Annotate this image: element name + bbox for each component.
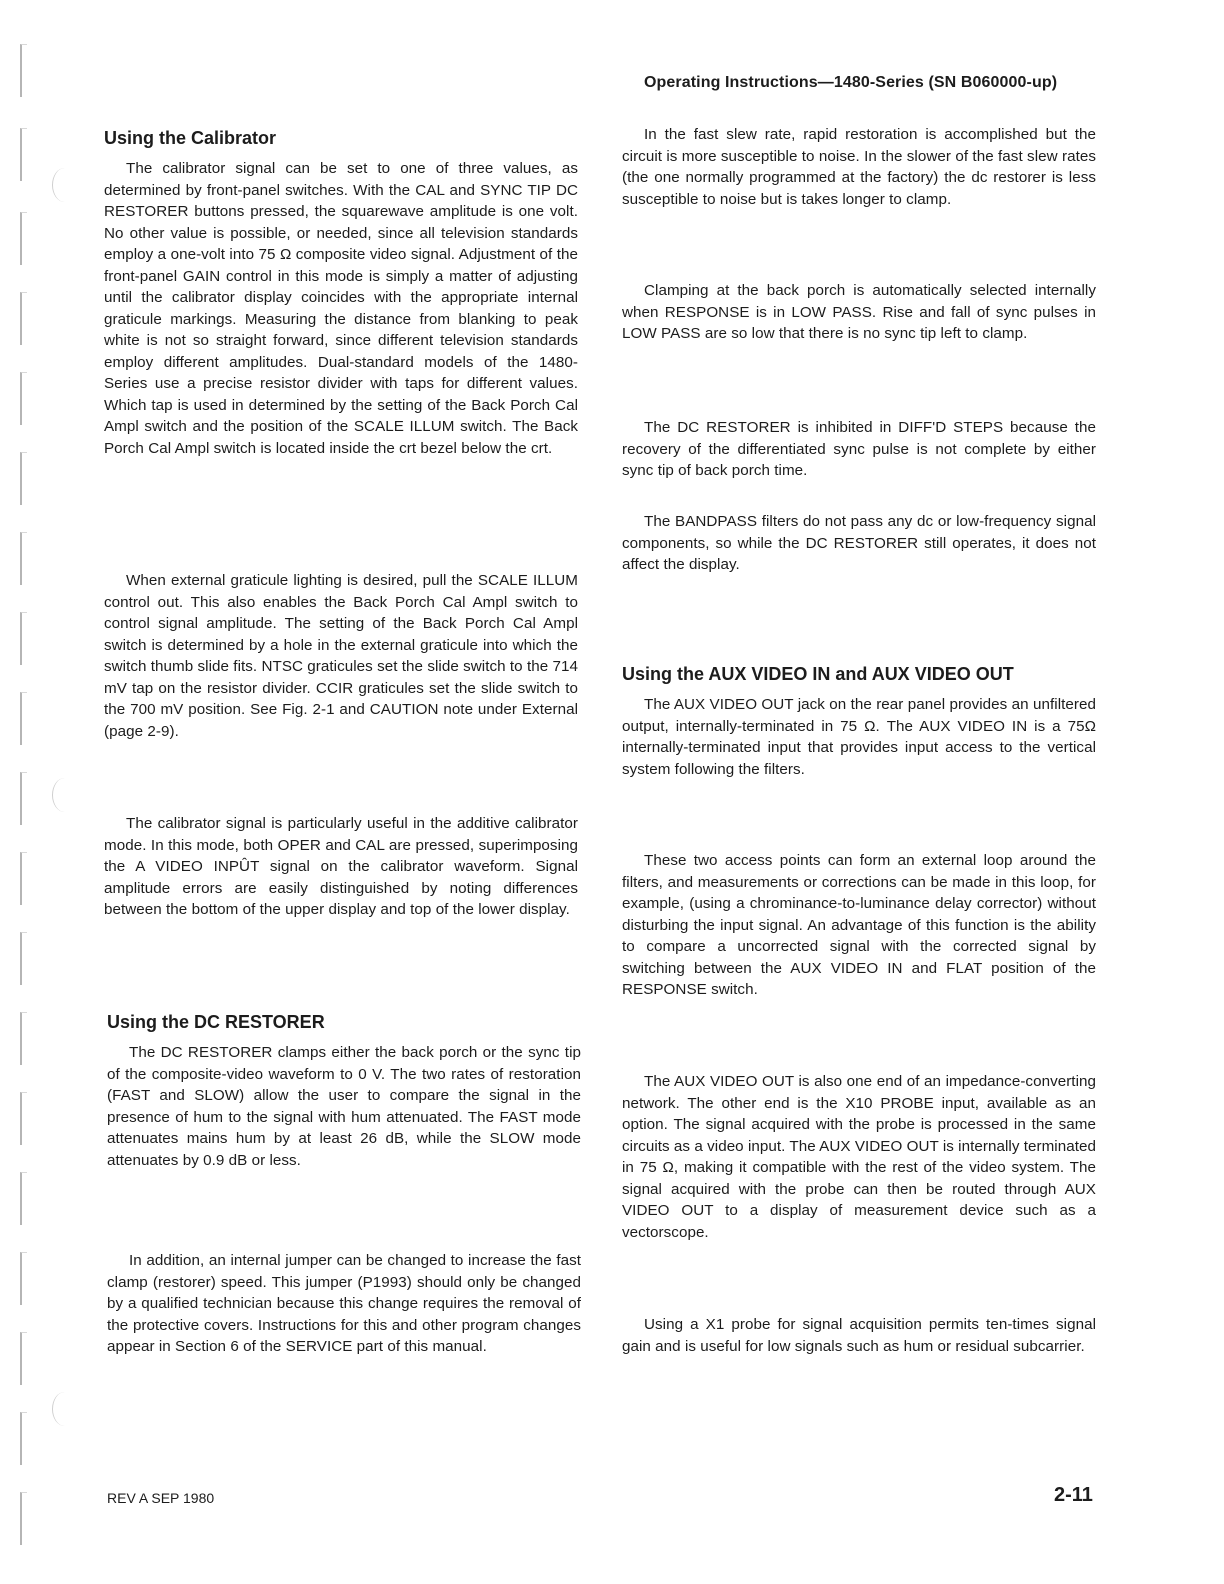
paragraph: The DC RESTORER is inhibited in DIFF'D S… (622, 417, 1096, 482)
binding-mark (20, 292, 27, 345)
binding-mark (20, 1332, 27, 1385)
paragraph: The AUX VIDEO OUT jack on the rear panel… (622, 694, 1096, 780)
paragraph: In addition, an internal jumper can be c… (107, 1250, 581, 1358)
paragraph: The calibrator signal can be set to one … (104, 158, 578, 459)
paragraph: The calibrator signal is particularly us… (104, 813, 578, 921)
revision-label: REV A SEP 1980 (107, 1490, 214, 1506)
paragraph: When external graticule lighting is desi… (104, 570, 578, 742)
page-number: 2-11 (1054, 1484, 1093, 1507)
section-heading-aux-video: Using the AUX VIDEO IN and AUX VIDEO OUT (622, 662, 1096, 686)
paragraph: These two access points can form an exte… (622, 850, 1096, 1001)
section-heading-dc-restorer: Using the DC RESTORER (107, 1010, 581, 1034)
binding-mark (20, 1412, 27, 1465)
binding-mark (20, 532, 27, 585)
paragraph: The AUX VIDEO OUT is also one end of an … (622, 1071, 1096, 1243)
paragraph: The BANDPASS filters do not pass any dc … (622, 511, 1096, 576)
running-header: Operating Instructions—1480-Series (SN B… (644, 74, 1104, 92)
paragraph: The DC RESTORER clamps either the back p… (107, 1042, 581, 1171)
binding-mark (20, 772, 27, 825)
binding-mark (20, 1492, 27, 1545)
binding-mark (20, 212, 27, 265)
binding-mark (20, 1172, 27, 1225)
paragraph: In the fast slew rate, rapid restoration… (622, 124, 1096, 210)
punch-hole-mark (52, 778, 77, 812)
paragraph: Using a X1 probe for signal acquisition … (622, 1314, 1096, 1357)
punch-hole-mark (52, 168, 77, 202)
binding-mark (20, 452, 27, 505)
binding-mark (20, 932, 27, 985)
binding-mark (20, 852, 27, 905)
binding-mark (20, 1252, 27, 1305)
binding-mark (20, 692, 27, 745)
section-heading-calibrator: Using the Calibrator (104, 126, 578, 150)
binding-mark (20, 612, 27, 665)
binding-mark (20, 1092, 27, 1145)
punch-hole-mark (52, 1392, 77, 1426)
paragraph: Clamping at the back porch is automatica… (622, 280, 1096, 345)
binding-mark (20, 1012, 27, 1065)
binding-mark (20, 372, 27, 425)
binding-mark (20, 128, 27, 181)
binding-mark (20, 44, 27, 97)
